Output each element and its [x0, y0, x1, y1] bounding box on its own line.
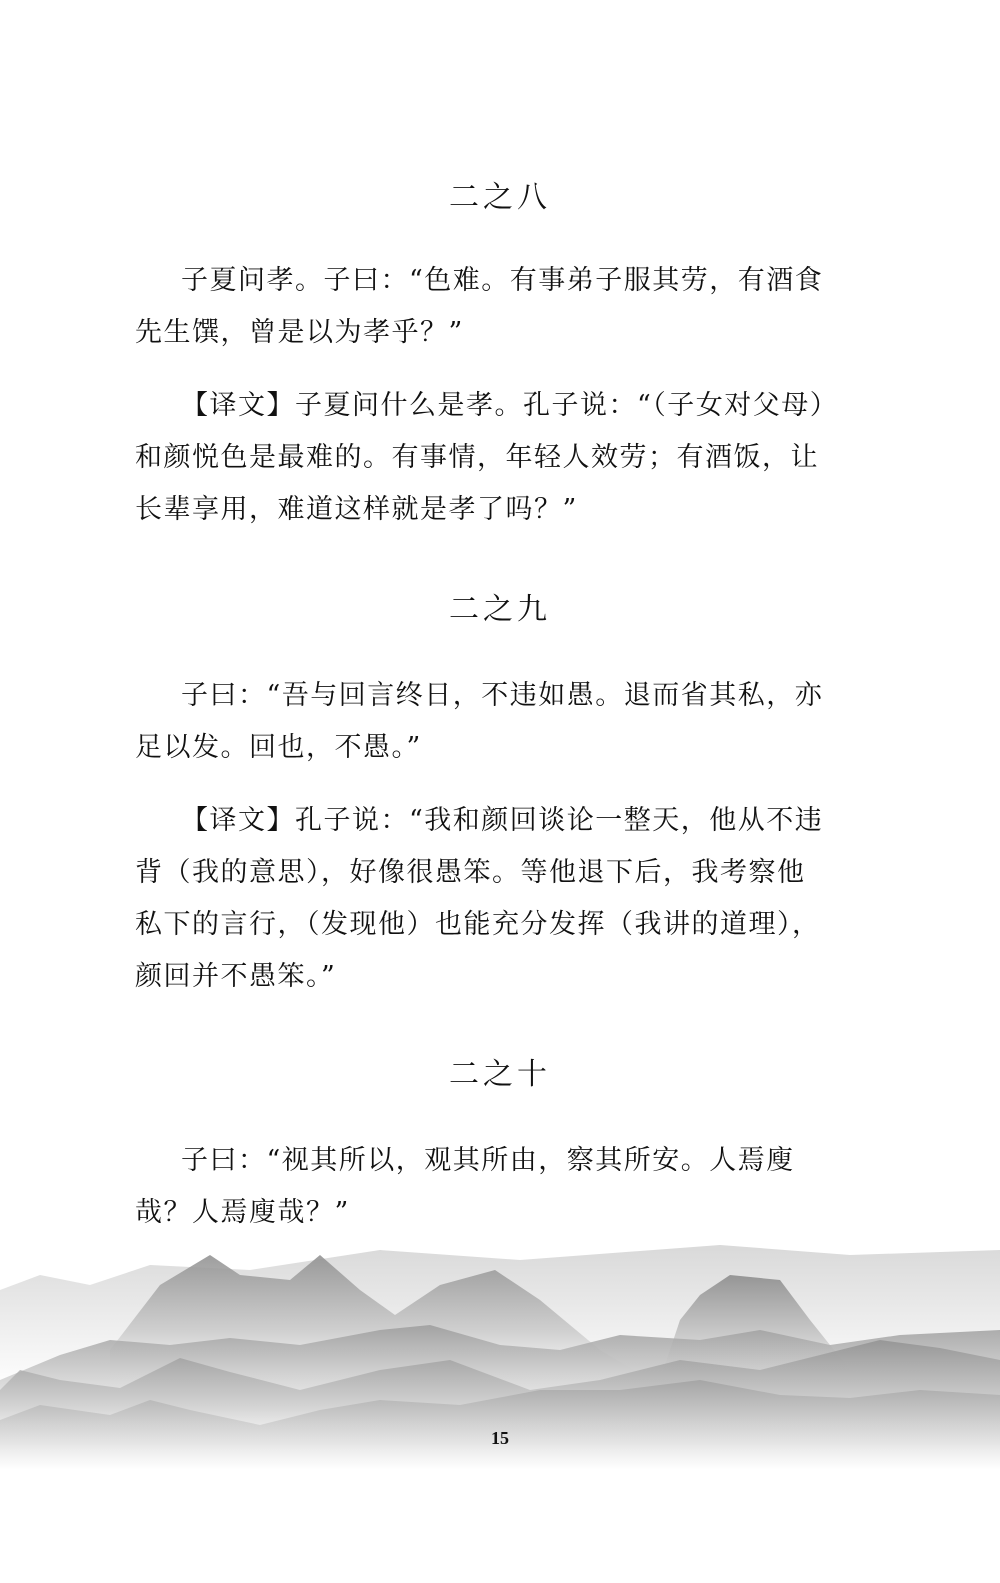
translation-text: 【译文】子夏问什么是孝。孔子说：“（子女对父母）和颜悦色是最难的。有事情，年轻人…: [135, 380, 825, 536]
translation-text: 【译文】孔子说：“我和颜回谈论一整天，他从不违背（我的意思），好像很愚笨。等他退…: [135, 795, 825, 1003]
original-text: 子曰：“吾与回言终日，不违如愚。退而省其私，亦足以发。回也，不愚。”: [135, 670, 825, 774]
original-text: 子夏问孝。子曰：“色难。有事弟子服其劳，有酒食先生馔，曾是以为孝乎？”: [135, 255, 825, 359]
section-heading: 二之八: [0, 178, 1000, 218]
page-number: 15: [0, 1428, 1000, 1449]
ink-mountains-illustration: [0, 1230, 1000, 1490]
original-text: 子曰：“视其所以，观其所由，察其所安。人焉廋哉？人焉廋哉？”: [135, 1135, 825, 1239]
section-heading: 二之九: [0, 590, 1000, 630]
section-heading: 二之十: [0, 1055, 1000, 1095]
